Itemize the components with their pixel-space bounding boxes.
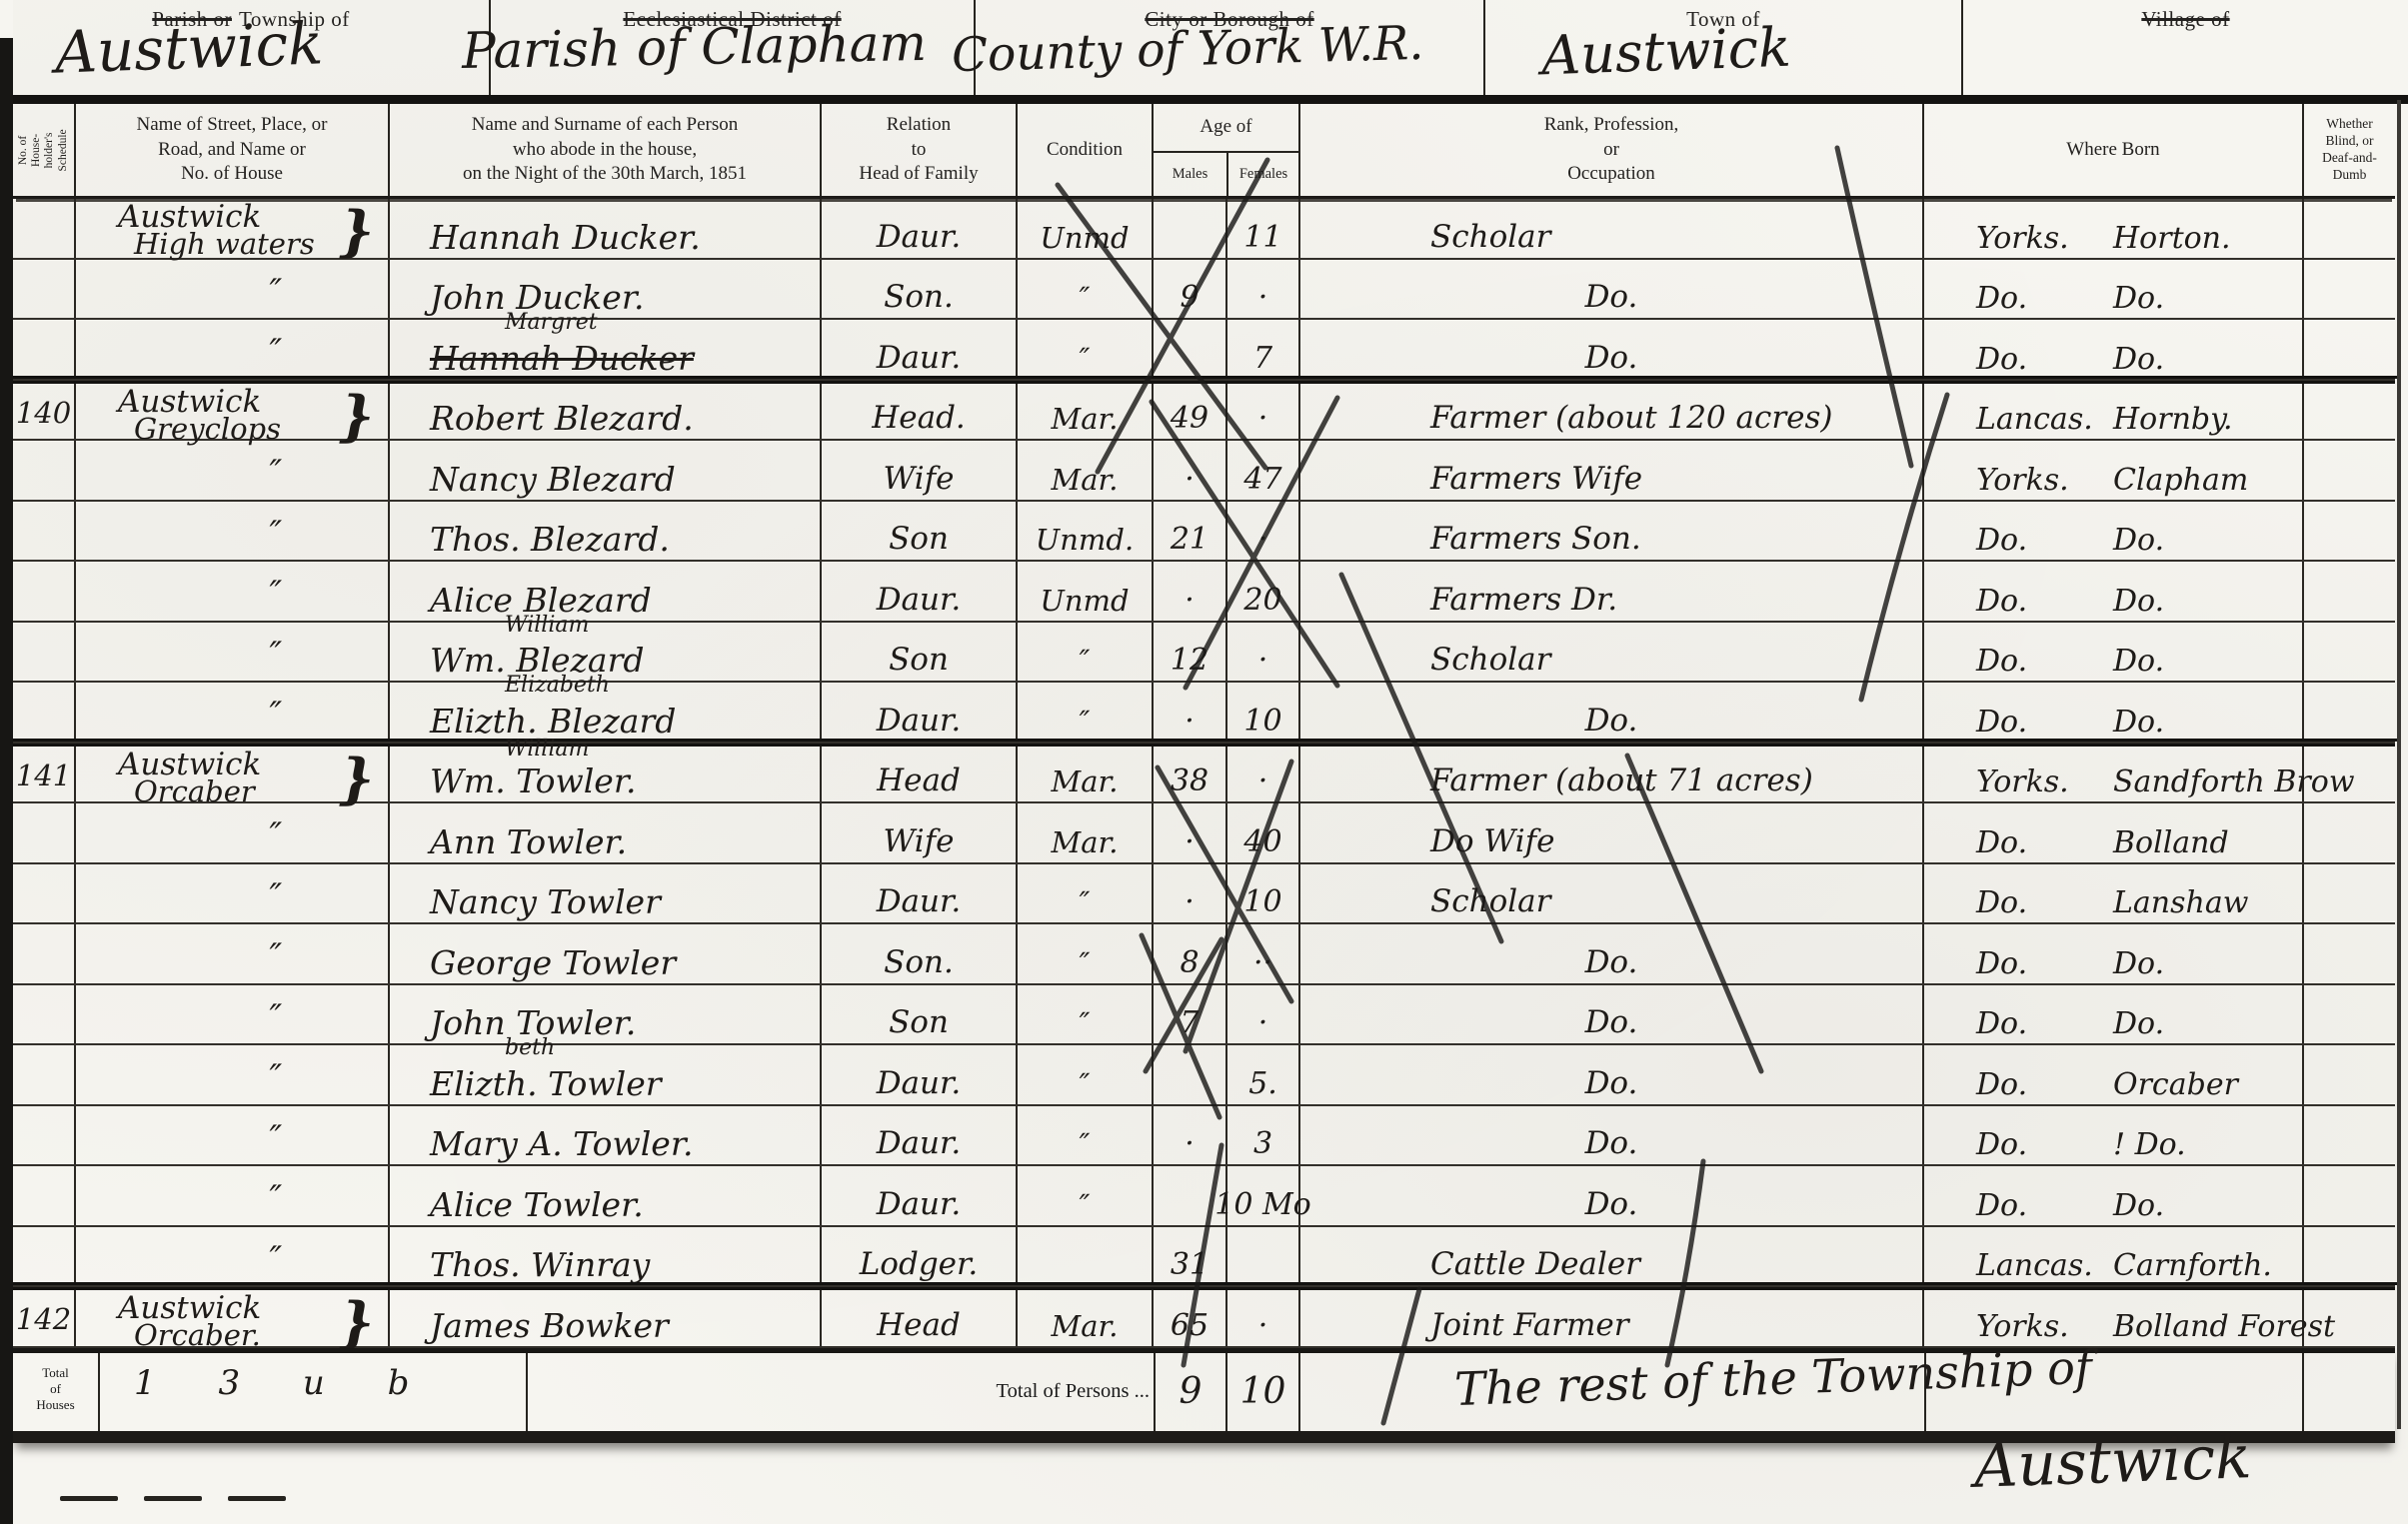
cell-occupation: Do. [1300,320,1924,379]
cell-occupation: Do. [1300,1106,1924,1165]
cell-occupation: Joint Farmer [1300,1290,1924,1346]
cell-schedule-number [13,260,76,319]
cell-schedule-number [13,502,76,561]
cell-relation: Son [822,502,1018,561]
name-text: Hannah Ducker. [430,218,701,257]
cell-schedule-number [13,562,76,621]
table-row: ″ Alice Towler. Daur. ″ 10 Mo Do. Do. Do… [13,1166,2395,1227]
cell-blind-deaf [2304,1106,2395,1165]
cell-person-name: Thos. Blezard. [390,502,822,561]
cell-person-name: Hannah Ducker. [390,199,822,258]
address-line1: ″ [269,1239,282,1279]
col-header-condition: Condition [1018,104,1154,196]
cell-condition: ″ [1018,1166,1154,1225]
cell-person-name: James Bowker [390,1290,822,1346]
col-header-females: Females [1228,153,1298,196]
cell-blind-deaf [2304,199,2395,258]
cell-relation: Wife [822,441,1018,500]
cell-occupation: Do. [1300,985,1924,1044]
address-line1: ″ [269,1178,282,1218]
cell-where-born: Do. Do. [1924,502,2304,561]
name-text: Nancy Towler [430,882,661,921]
address-brace: } [339,199,374,263]
cell-occupation: Do. [1300,260,1924,319]
col-header-age: Age of Males Females [1154,104,1300,196]
header-section-village: Village of [1963,0,2408,95]
cell-relation: Daur. [822,1106,1018,1165]
table-row: ″ John Ducker. Son. ″ 9 · Do. Do. Do. [13,260,2395,321]
cell-condition: ″ [1018,320,1154,379]
cell-age-male: · [1154,441,1227,500]
total-males: 9 [1154,1353,1227,1431]
cell-where-born: Do. Lanshaw [1924,864,2304,923]
born-place: Do. [2113,523,2164,558]
cell-age-male: 7 [1154,985,1227,1044]
address-line1: ″ [269,332,282,372]
table-row: ″ Thos. Winray Lodger. 31 Cattle Dealer … [13,1227,2395,1288]
born-county: Do. [1976,523,2027,558]
cell-blind-deaf [2304,924,2395,983]
cell-schedule-number [13,1166,76,1225]
cell-person-name: Margret Hannah Ducker [390,320,822,379]
cell-relation: Lodger. [822,1227,1018,1286]
name-text: Thos. Blezard. [430,520,670,559]
cell-occupation: Scholar [1300,199,1924,258]
cell-person-name: William Wm. Towler. [390,747,822,802]
table-row: ″ George Towler Son. ″ 8 ·· Do. Do. Do. [13,924,2395,985]
cell-condition: Unmd [1018,199,1154,258]
header-divider-bar [0,95,2408,104]
cell-where-born: Lancas. Hornby. [1924,384,2304,440]
cell-person-name: John Ducker. [390,260,822,319]
cell-where-born: Yorks. Horton. [1924,199,2304,258]
table-row: ″ beth Elizth. Towler Daur. ″ 5. Do. Do.… [13,1045,2395,1106]
address-line1: ″ [269,574,282,614]
address-line2: High waters [134,227,315,261]
cell-relation: Son [822,985,1018,1044]
born-county: Do. [1976,584,2027,619]
cell-age-male [1154,1045,1227,1104]
town-value: Austwick [1540,16,1792,88]
address-line1: ″ [269,272,282,312]
cell-address: ″ [76,803,390,862]
cell-condition: ″ [1018,260,1154,319]
table-row: ″ Alice Blezard Daur. Unmd · 20 Farmers … [13,562,2395,623]
cell-address: ″ [76,623,390,682]
cell-occupation: Cattle Dealer [1300,1227,1924,1286]
cell-relation: Daur. [822,562,1018,621]
table-body: Austwick High waters } Hannah Ducker. Da… [13,199,2395,1348]
cell-where-born: Do. Do. [1924,623,2304,682]
cell-condition: ″ [1018,1106,1154,1165]
born-place: Do. [2113,946,2164,981]
born-place: Horton. [2113,221,2231,256]
cell-age-female: 7 [1227,320,1300,379]
cell-condition: Mar. [1018,384,1154,440]
table-row: 142 Austwick Orcaber. } James Bowker Hea… [13,1287,2395,1348]
cell-occupation: Do. [1300,924,1924,983]
name-text: Elizth. Towler [430,1064,662,1103]
born-county: Yorks. [1976,463,2069,498]
address-line1: ″ [269,997,282,1037]
cell-address: Austwick Greyclops } [76,384,390,440]
cell-occupation: Do. [1300,683,1924,742]
cell-age-female: · [1227,260,1300,319]
cell-person-name: Thos. Winray [390,1227,822,1286]
col-header-age-split: Males Females [1154,153,1298,196]
born-county: Yorks. [1976,221,2069,256]
born-county: Do. [1976,342,2027,377]
cell-schedule-number [13,1227,76,1286]
ecclesiastical-value: Parish of Clapham [462,14,928,80]
cell-relation: Son [822,623,1018,682]
cell-age-male: · [1154,562,1227,621]
cell-address: Austwick Orcaber } [76,747,390,802]
col-header-schedule: No. of House- holder's Schedule [13,104,76,196]
born-place: Do. [2113,1006,2164,1041]
cell-address: ″ [76,1045,390,1104]
cell-where-born: Do. Do. [1924,562,2304,621]
name-text: Ann Towler. [430,822,627,861]
cell-age-male: 8 [1154,924,1227,983]
cell-occupation: Farmers Dr. [1300,562,1924,621]
address-line1: ″ [269,514,282,554]
address-brace: } [339,1290,374,1354]
born-place: Carnforth. [2113,1248,2272,1283]
address-line1: ″ [269,1118,282,1158]
cell-condition: Mar. [1018,747,1154,802]
table-row: ″ Elizabeth Elizth. Blezard Daur. ″ · 10… [13,683,2395,744]
cell-person-name: Ann Towler. [390,803,822,862]
cell-condition: Mar. [1018,441,1154,500]
total-persons-label: Total of Persons ... [941,1353,1154,1431]
born-place: Clapham [2113,463,2248,498]
cell-relation: Wife [822,803,1018,862]
cell-relation: Daur. [822,1166,1018,1225]
name-correction: William [505,737,589,762]
cell-schedule-number [13,683,76,742]
cell-relation: Daur. [822,683,1018,742]
born-place: Do. [2113,584,2164,619]
col-header-person: Name and Surname of each Person who abod… [390,104,822,196]
cell-address: ″ [76,924,390,983]
born-place: Do. [2113,281,2164,316]
cell-schedule-number [13,320,76,379]
cell-occupation: Farmer (about 120 acres) [1300,384,1924,440]
cell-address: Austwick High waters } [76,199,390,258]
cell-condition: ″ [1018,623,1154,682]
cell-blind-deaf [2304,803,2395,862]
born-place: Bolland Forest [2113,1309,2335,1344]
cell-where-born: Yorks. Sandforth Brow [1924,747,2304,802]
cell-relation: Daur. [822,320,1018,379]
born-place: Orcaber [2113,1067,2238,1102]
born-county: Do. [1976,1067,2027,1102]
address-line1: ″ [269,635,282,675]
scan-right-edge [2397,100,2401,1429]
smudge-marks [60,1496,286,1501]
cell-age-female: · [1227,985,1300,1044]
cell-age-female: ·· [1227,924,1300,983]
cell-age-female: · [1227,502,1300,561]
cell-schedule-number: 140 [13,384,76,440]
cell-address: ″ [76,562,390,621]
address-line1: ″ [269,453,282,493]
cell-age-male: · [1154,803,1227,862]
cell-age-female: 10 [1227,683,1300,742]
born-county: Do. [1976,825,2027,860]
cell-blind-deaf [2304,985,2395,1044]
table-row: 141 Austwick Orcaber } William Wm. Towle… [13,744,2395,804]
cell-age-male: 12 [1154,623,1227,682]
born-county: Yorks. [1976,764,2069,799]
cell-schedule-number [13,864,76,923]
cell-condition: ″ [1018,1045,1154,1104]
cell-where-born: Do. Do. [1924,260,2304,319]
name-text: Wm. Towler. [430,762,636,800]
cell-where-born: Yorks. Bolland Forest [1924,1290,2304,1346]
cell-blind-deaf [2304,320,2395,379]
born-county: Do. [1976,1188,2027,1223]
cell-age-male: 21 [1154,502,1227,561]
cell-relation: Son. [822,260,1018,319]
totals-gap [528,1353,941,1431]
cell-condition: ″ [1018,864,1154,923]
cell-address: ″ [76,320,390,379]
cell-age-male [1154,320,1227,379]
cell-age-male: · [1154,864,1227,923]
table-row: ″ John Towler. Son ″ 7 · Do. Do. Do. [13,985,2395,1046]
born-county: Do. [1976,705,2027,740]
cell-condition: Unmd. [1018,502,1154,561]
born-county: Do. [1976,885,2027,920]
cell-condition [1018,1227,1154,1286]
cell-schedule-number [13,199,76,258]
cell-blind-deaf [2304,441,2395,500]
name-correction: Elizabeth [505,673,610,698]
cell-schedule-number [13,441,76,500]
name-text: Robert Blezard. [430,399,694,438]
cell-person-name: John Towler. [390,985,822,1044]
address-line1: ″ [269,1057,282,1097]
cell-where-born: Do. Do. [1924,320,2304,379]
address-brace: } [339,747,374,810]
cell-occupation: Farmers Son. [1300,502,1924,561]
born-county: Lancas. [1976,1248,2093,1283]
born-place: Do. [2113,705,2164,740]
village-label-struck: Village of [2141,7,2229,31]
cell-relation: Head. [822,384,1018,440]
total-females: 10 [1227,1353,1300,1431]
name-text: George Towler [430,943,676,982]
name-correction: beth [505,1035,555,1060]
cell-person-name: beth Elizth. Towler [390,1045,822,1104]
scan-left-edge [0,0,13,1524]
cell-blind-deaf [2304,384,2395,440]
cell-blind-deaf [2304,260,2395,319]
cell-occupation: Scholar [1300,623,1924,682]
address-line1: ″ [269,815,282,855]
cell-where-born: Lancas. Carnforth. [1924,1227,2304,1286]
cell-relation: Daur. [822,864,1018,923]
col-header-males: Males [1154,153,1228,196]
born-county: Yorks. [1976,1309,2069,1344]
cell-age-female: 10 Mo [1227,1166,1300,1225]
cell-person-name: Elizabeth Elizth. Blezard [390,683,822,742]
address-line1: ″ [269,936,282,976]
cell-where-born: Do. Do. [1924,1166,2304,1225]
cell-blind-deaf [2304,1166,2395,1225]
cell-age-female: 11 [1227,199,1300,258]
cell-relation: Daur. [822,1045,1018,1104]
address-line1: ″ [269,695,282,735]
cell-occupation: Do Wife [1300,803,1924,862]
cell-age-male: · [1154,1106,1227,1165]
cell-address: ″ [76,683,390,742]
col-header-schedule-text: No. of House- holder's Schedule [17,120,70,181]
col-header-born: Where Born [1924,104,2304,196]
born-county: Do. [1976,281,2027,316]
col-header-occupation: Rank, Profession, or Occupation [1300,104,1924,196]
name-text: Alice Towler. [430,1185,644,1224]
cell-relation: Head [822,747,1018,802]
born-place: Do. [2113,644,2164,679]
table-row: ″ Margret Hannah Ducker Daur. ″ 7 Do. Do… [13,320,2395,381]
cell-age-female [1227,1227,1300,1286]
cell-schedule-number [13,985,76,1044]
table-header-row: No. of House- holder's Schedule Name of … [13,104,2395,199]
cell-relation: Head [822,1290,1018,1346]
cell-where-born: Do. ! Do. [1924,1106,2304,1165]
cell-address: ″ [76,1227,390,1286]
born-place: Do. [2113,1188,2164,1223]
address-line1: ″ [269,876,282,916]
total-houses-value: 1 3 u b [100,1353,528,1431]
cell-age-male: 49 [1154,384,1227,440]
cell-condition: ″ [1018,985,1154,1044]
cell-address: ″ [76,1106,390,1165]
cell-relation: Son. [822,924,1018,983]
cell-person-name: Alice Blezard [390,562,822,621]
name-text: Thos. Winray [430,1245,650,1284]
cell-schedule-number [13,1106,76,1165]
cell-condition: Mar. [1018,1290,1154,1346]
born-county: Do. [1976,1006,2027,1041]
table-row: ″ Ann Towler. Wife Mar. · 40 Do Wife Do.… [13,803,2395,864]
census-form-page: Parish orTownship of Ecclesiastical Dist… [0,0,2408,1524]
cell-occupation: Do. [1300,1045,1924,1104]
col-header-blind: Whether Blind, or Deaf-and- Dumb [2304,104,2395,196]
cell-address: ″ [76,1166,390,1225]
cell-blind-deaf [2304,623,2395,682]
cell-age-male: 65 [1154,1290,1227,1346]
cell-age-female: · [1227,623,1300,682]
born-place: Do. [2113,342,2164,377]
cell-where-born: Do. Orcaber [1924,1045,2304,1104]
cell-address: ″ [76,260,390,319]
cell-where-born: Do. Do. [1924,683,2304,742]
name-text: James Bowker [430,1306,669,1345]
born-place: ! Do. [2113,1127,2186,1162]
township-value: Austwick [54,9,324,86]
cell-age-male: 31 [1154,1227,1227,1286]
cell-blind-deaf [2304,683,2395,742]
cell-age-male: 38 [1154,747,1227,802]
table-row: ″ Mary A. Towler. Daur. ″ · 3 Do. Do. ! … [13,1106,2395,1167]
cell-where-born: Do. Do. [1924,924,2304,983]
cell-blind-deaf [2304,502,2395,561]
cell-schedule-number [13,1045,76,1104]
cell-condition: Unmd [1018,562,1154,621]
cell-person-name: George Towler [390,924,822,983]
cell-age-male: · [1154,683,1227,742]
cell-person-name: Alice Towler. [390,1166,822,1225]
enumerator-note-line2: Austwick [1973,1422,2253,1502]
cell-blind-deaf [2304,562,2395,621]
cell-age-female: 20 [1227,562,1300,621]
cell-schedule-number: 142 [13,1290,76,1346]
born-place: Lanshaw [2113,885,2248,920]
cell-age-female: 40 [1227,803,1300,862]
cell-address: ″ [76,502,390,561]
cell-condition: Mar. [1018,803,1154,862]
born-county: Do. [1976,644,2027,679]
cell-age-male [1154,199,1227,258]
cell-blind-deaf [2304,1227,2395,1286]
cell-relation: Daur. [822,199,1018,258]
cell-occupation: Farmers Wife [1300,441,1924,500]
cell-blind-deaf [2304,1045,2395,1104]
cell-schedule-number [13,803,76,862]
cell-where-born: Do. Bolland [1924,803,2304,862]
name-correction: Margret [505,310,598,335]
cell-where-born: Do. Do. [1924,985,2304,1044]
born-place: Hornby. [2113,402,2233,437]
born-county: Do. [1976,1127,2027,1162]
table-row: ″ William Wm. Blezard Son ″ 12 · Scholar… [13,623,2395,684]
cell-age-female: 5. [1227,1045,1300,1104]
census-table: No. of House- holder's Schedule Name of … [13,104,2395,1443]
cell-occupation: Do. [1300,1166,1924,1225]
cell-occupation: Farmer (about 71 acres) [1300,747,1924,802]
cell-person-name: Nancy Towler [390,864,822,923]
cell-condition: ″ [1018,924,1154,983]
cell-person-name: Mary A. Towler. [390,1106,822,1165]
table-row: ″ Thos. Blezard. Son Unmd. 21 · Farmers … [13,502,2395,563]
cell-address: Austwick Orcaber. } [76,1290,390,1346]
name-correction: William [505,613,589,638]
cell-age-male: 9 [1154,260,1227,319]
cell-blind-deaf [2304,747,2395,802]
cell-condition: ″ [1018,683,1154,742]
address-brace: } [339,384,374,448]
born-place: Bolland [2113,825,2229,860]
cell-blind-deaf [2304,864,2395,923]
table-row: 140 Austwick Greyclops } Robert Blezard.… [13,381,2395,442]
cell-age-female: 10 [1227,864,1300,923]
name-text: Hannah Ducker [430,339,694,378]
name-text: Mary A. Towler. [430,1124,693,1163]
cell-person-name: Robert Blezard. [390,384,822,440]
cell-age-female: 47 [1227,441,1300,500]
col-header-relation: Relation to Head of Family [822,104,1018,196]
table-row: Austwick High waters } Hannah Ducker. Da… [13,199,2395,260]
cell-occupation: Scholar [1300,864,1924,923]
cell-where-born: Yorks. Clapham [1924,441,2304,500]
cell-address: ″ [76,985,390,1044]
cell-address: ″ [76,441,390,500]
col-header-street: Name of Street, Place, or Road, and Name… [76,104,390,196]
